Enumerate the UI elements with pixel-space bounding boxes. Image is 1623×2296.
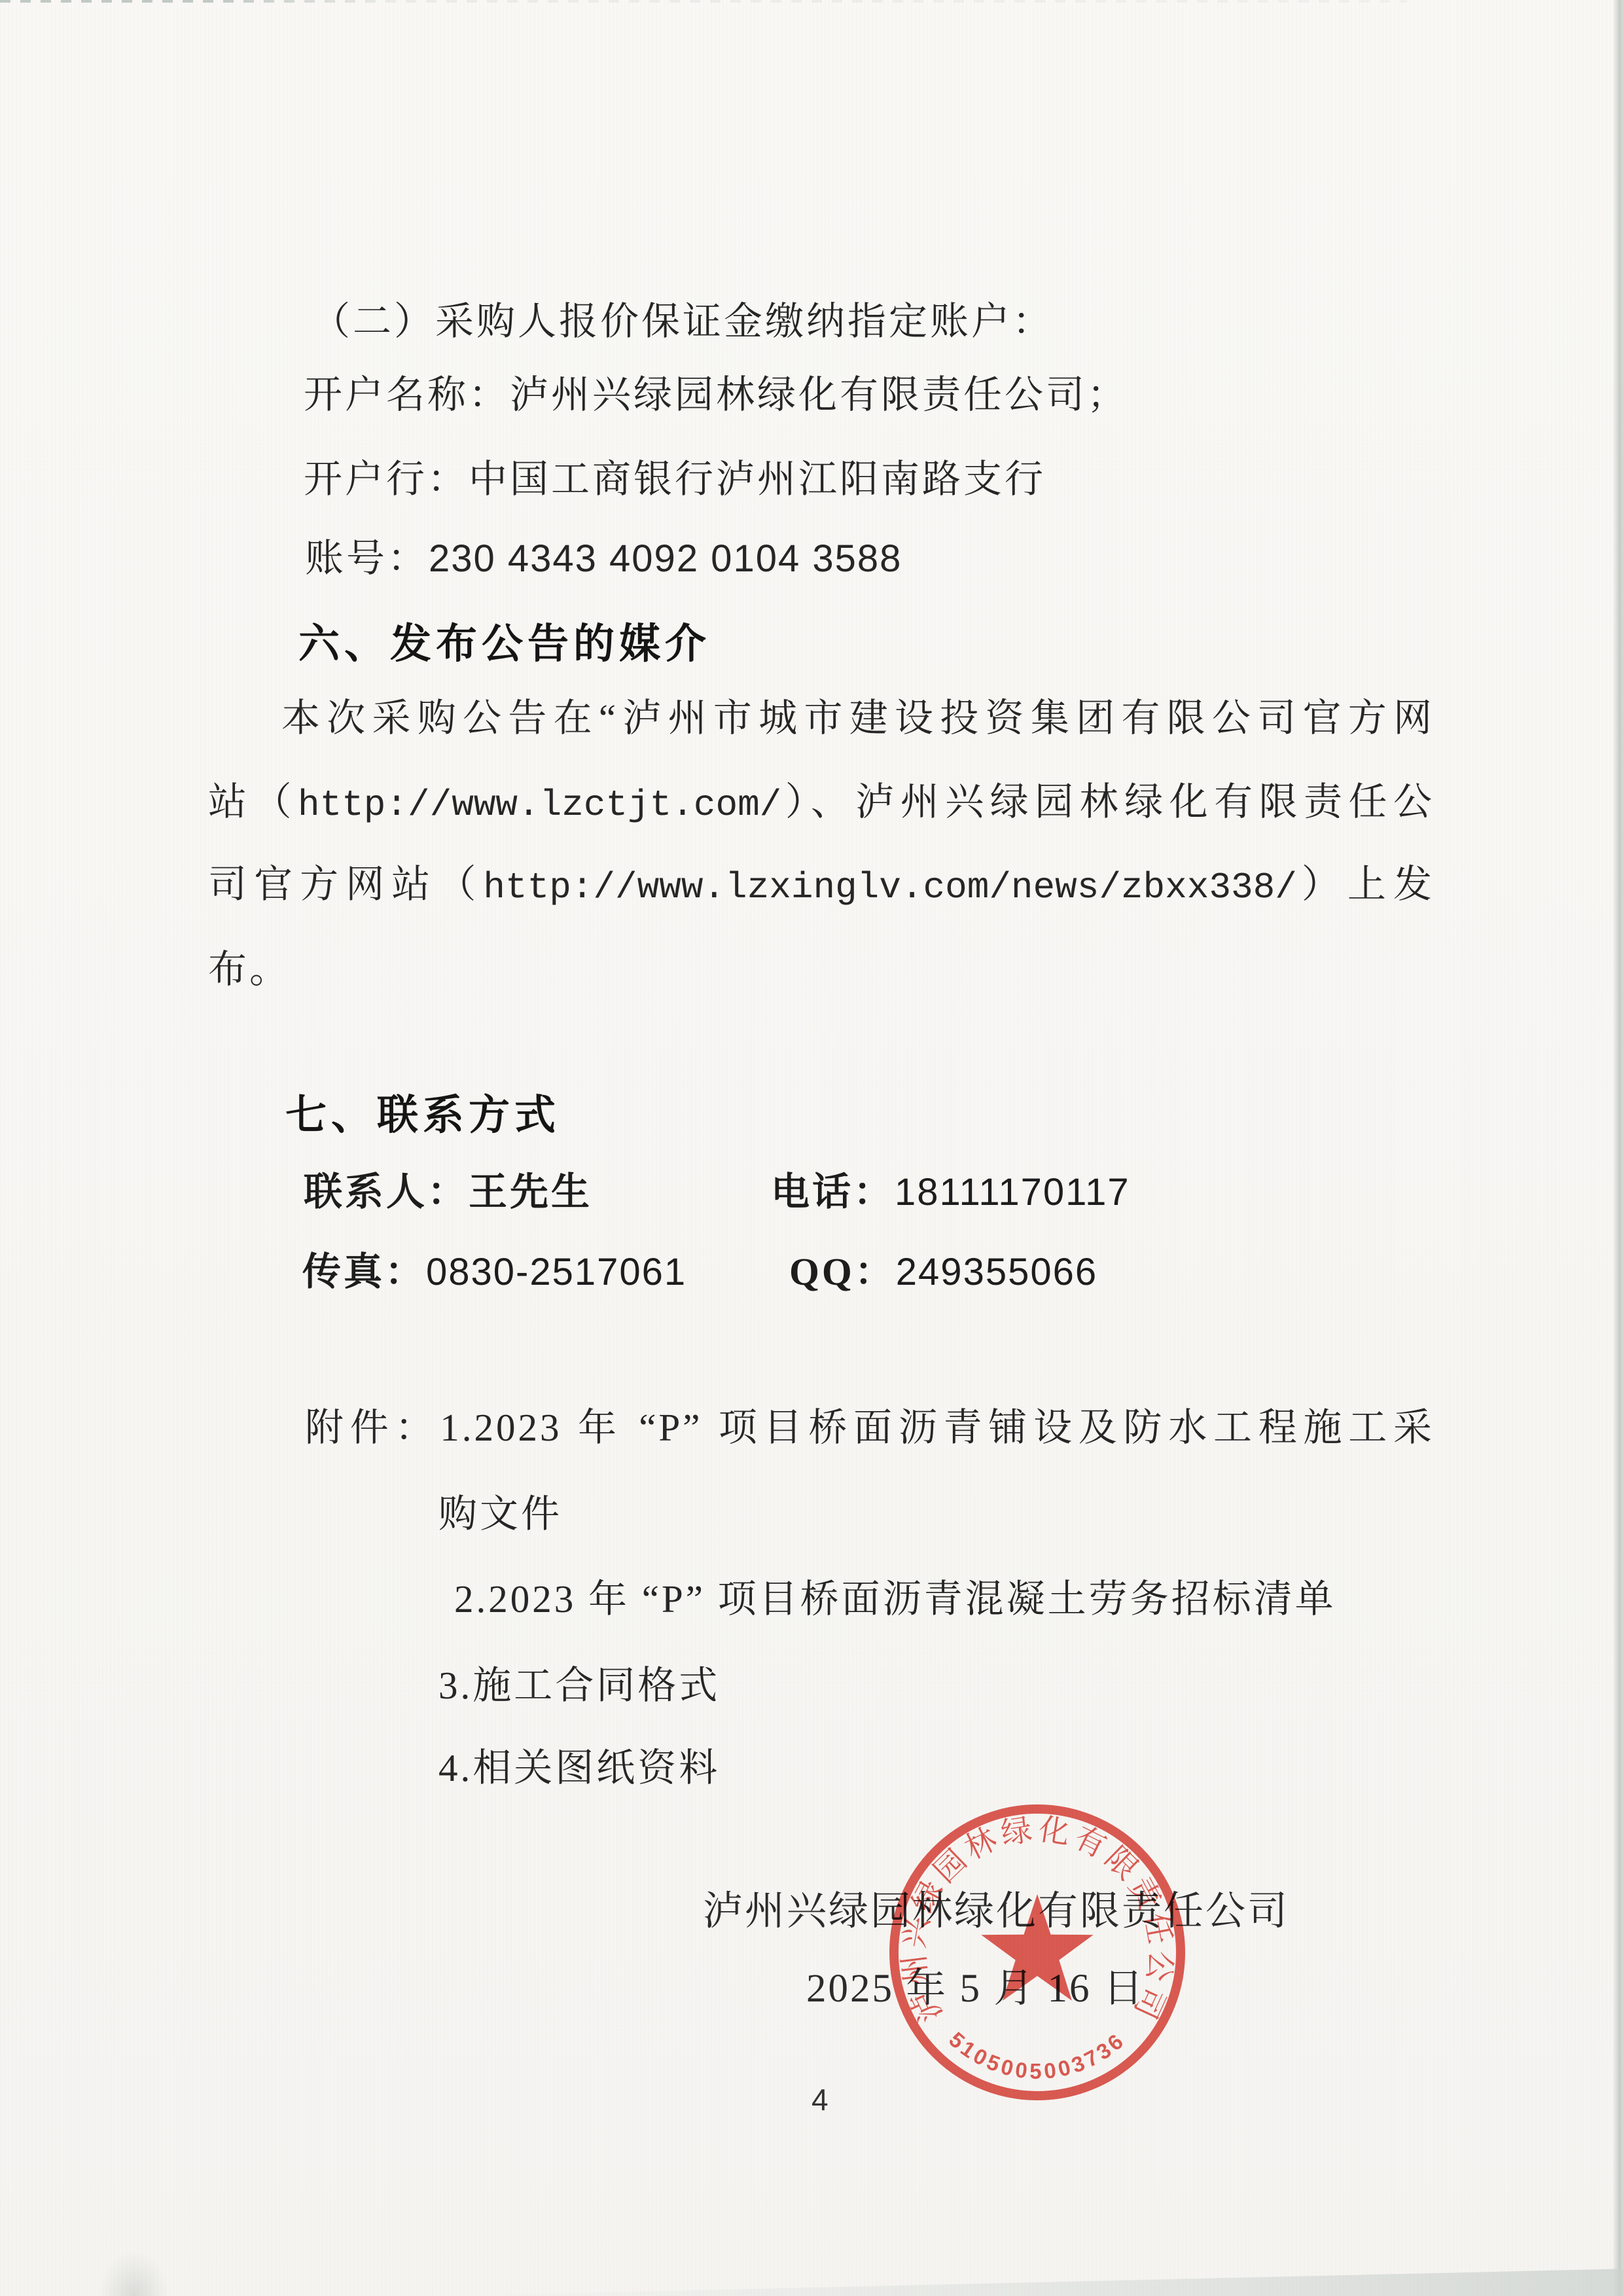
contact-section-heading: 七、联系方式 xyxy=(285,1093,560,1138)
contact-person-label: 联系人： xyxy=(304,1170,469,1213)
bank-line: 开户行：中国工商银行泸州江阳南路支行 xyxy=(304,459,1046,501)
media-line2-pre: 站（ xyxy=(208,780,298,823)
qq-value: 249355066 xyxy=(896,1251,1097,1293)
phone-line: 电话：18111170117 xyxy=(771,1172,1130,1213)
account-name-value: 泸州兴绿园林绿化有限责任公司； xyxy=(510,373,1128,416)
qq-label: QQ： xyxy=(789,1250,896,1293)
fax-line: 传真：0830-2517061 xyxy=(302,1251,687,1293)
media-paragraph-line2: 站（http://www.lzctjt.com/）、泸州兴绿园林绿化有限责任公 xyxy=(208,781,1435,825)
account-number-value: 230 4343 4092 0104 3588 xyxy=(429,537,902,580)
attachments-label: 附件： xyxy=(305,1406,440,1449)
account-name-label: 开户名称： xyxy=(304,373,510,416)
account-number-line: 账号：230 4343 4092 0104 3588 xyxy=(305,538,902,580)
attachment-item2: 2.2023 年 “P” 项目桥面沥青混凝土劳务招标清单 xyxy=(454,1579,1336,1621)
attachments-line1: 附件：1.2023 年 “P” 项目桥面沥青铺设及防水工程施工采 xyxy=(305,1407,1435,1449)
fax-label: 传真： xyxy=(302,1250,426,1293)
company-seal: 泸州兴绿园林绿化有限责任公司 5105005003736 xyxy=(882,1796,1192,2111)
scan-right-edge-shadow xyxy=(1613,0,1623,2296)
attachment-item1-line2: 购文件 xyxy=(438,1494,562,1535)
media-line3-pre: 司官方网站（ xyxy=(208,863,483,906)
media-line2-post: ）、泸州兴绿园林绿化有限责任公 xyxy=(781,780,1435,823)
contact-person-line: 联系人：王先生 xyxy=(304,1172,592,1213)
account-section-heading: （二）采购人报价保证金缴纳指定账户： xyxy=(312,301,1054,343)
qq-line: QQ：249355066 xyxy=(789,1251,1097,1293)
bank-value: 中国工商银行泸州江阳南路支行 xyxy=(469,457,1046,501)
media-line3-url: http://www.lzxinglv.com/news/zbxx338/ xyxy=(483,867,1296,908)
media-line3-post: ）上发 xyxy=(1297,863,1435,906)
attachment-item4: 4.相关图纸资料 xyxy=(438,1748,720,1789)
fax-value: 0830-2517061 xyxy=(426,1251,687,1293)
media-line2-url: http://www.lzctjt.com/ xyxy=(298,784,781,826)
media-paragraph-line1: 本次采购公告在“泸州市城市建设投资集团有限公司官方网 xyxy=(281,698,1435,740)
media-paragraph-line4: 布。 xyxy=(208,949,291,991)
contact-person-value: 王先生 xyxy=(469,1170,592,1213)
scan-bottom-edge-shadow xyxy=(445,2262,1623,2296)
scan-bottom-left-smudge xyxy=(98,2250,170,2296)
seal-graphic: 泸州兴绿园林绿化有限责任公司 5105005003736 xyxy=(894,1809,1181,2096)
phone-label: 电话： xyxy=(771,1170,895,1213)
attachment-item1-line1: 1.2023 年 “P” 项目桥面沥青铺设及防水工程施工采 xyxy=(440,1406,1435,1449)
seal-code-arc-text: 5105005003736 xyxy=(944,2027,1130,2083)
seal-star xyxy=(981,1894,1093,2001)
bank-label: 开户行： xyxy=(304,457,469,501)
phone-value: 18111170117 xyxy=(895,1171,1130,1213)
page-number: 4 xyxy=(811,2084,829,2117)
scan-top-edge-artifact xyxy=(0,0,1407,3)
account-number-label: 账号： xyxy=(305,537,429,580)
media-paragraph-line3: 司官方网站（http://www.lzxinglv.com/news/zbxx3… xyxy=(208,864,1435,907)
media-section-heading: 六、发布公告的媒介 xyxy=(298,622,711,666)
attachment-item3: 3.施工合同格式 xyxy=(438,1665,720,1707)
account-name-line: 开户名称：泸州兴绿园林绿化有限责任公司； xyxy=(304,374,1128,416)
scanned-document-page: （二）采购人报价保证金缴纳指定账户： 开户名称：泸州兴绿园林绿化有限责任公司； … xyxy=(0,0,1623,2296)
